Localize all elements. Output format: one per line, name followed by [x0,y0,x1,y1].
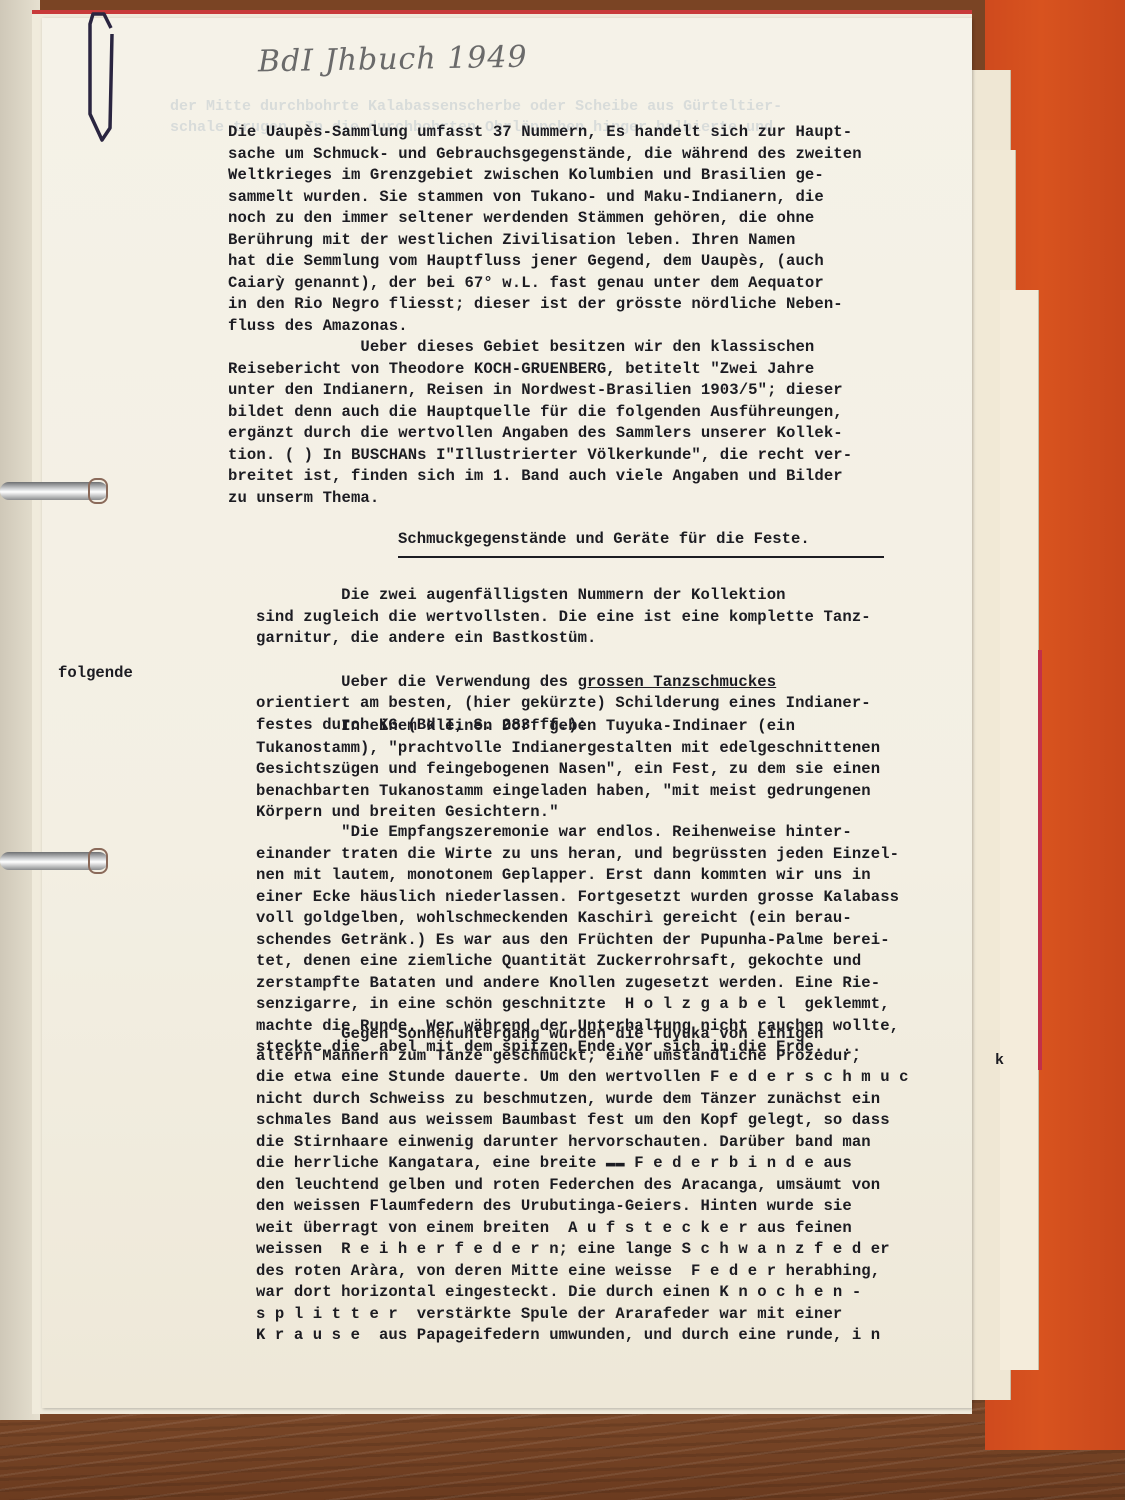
margin-note: folgende [58,664,133,682]
punch-hole [88,848,108,874]
paragraph-2: Ueber dieses Gebiet besitzen wir den kla… [228,337,852,509]
indent [256,673,341,691]
heading-underline [398,556,884,558]
paragraph-5: In einem kleinen Dorf geben Tuyuka-Indin… [256,716,880,824]
paragraph-1: Die Uaupès-Sammlung umfasst 37 Nummern, … [228,122,862,337]
paragraph-3: Die zwei augenfälligsten Nummern der Kol… [256,585,871,650]
correction-mark-k: k [995,1052,1004,1069]
paragraph-7: Gegen Sonnenuntergang wurden die Tuyuka … [256,1024,909,1347]
punch-hole [88,478,108,504]
section-heading: Schmuckgegenstände und Geräte für die Fe… [398,530,810,548]
paragraph-4-lead: Ueber die Verwendung des [341,673,577,691]
red-divider-edge [1038,650,1042,1070]
paper-stack-edge [1000,290,1039,1370]
handwritten-note: BdI Jhbuch 1949 [258,40,528,80]
paper-clip-icon [86,10,120,142]
underlined-term: grossen Tanzschmuckes [578,673,777,691]
